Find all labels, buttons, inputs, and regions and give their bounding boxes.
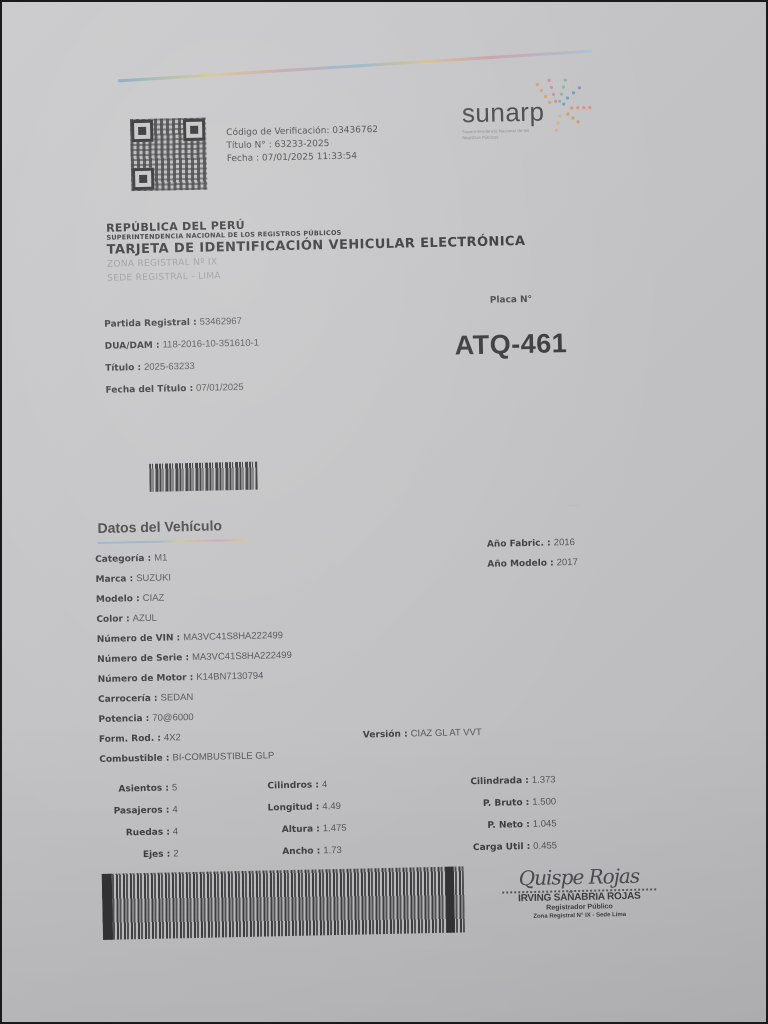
field-row: Combustible :BI-COMBUSTIBLE GLP xyxy=(99,749,294,773)
field-label: Form. Rod. : xyxy=(99,734,161,745)
registry-label: Fecha del Título : xyxy=(106,384,194,396)
pdf417-barcode xyxy=(102,866,465,940)
placa-number: ATQ-461 xyxy=(454,328,567,361)
field-label: Marca : xyxy=(95,574,133,585)
field-label: Número de VIN : xyxy=(97,633,181,645)
spec-label: Pasajeros : xyxy=(114,806,170,817)
spec-value: 4 xyxy=(322,778,350,793)
spec-value: 1.373 xyxy=(532,773,566,788)
registry-row: Fecha del Título :07/01/2025 xyxy=(105,381,260,406)
faint-watermark: ····· xyxy=(567,501,580,510)
field-value: 4X2 xyxy=(164,732,181,743)
registry-row: Título :2025-63233 xyxy=(105,359,260,384)
spec-row: Pasajeros :4 xyxy=(88,803,188,827)
titulo-label: Título N° : xyxy=(226,140,271,151)
spec-label: Longitud : xyxy=(268,802,320,813)
spec-label: Ruedas : xyxy=(126,828,170,839)
spec-value: 0.455 xyxy=(533,839,567,854)
verification-code-label: Código de Verificación: xyxy=(226,126,329,138)
signature-block: Quispe Rojas IRVING SAÑABRIA ROJAS Regis… xyxy=(494,862,665,921)
spec-row: Ancho :1.73 xyxy=(235,844,351,868)
spec-row: Altura :1.475 xyxy=(235,822,351,846)
field-label: Número de Motor : xyxy=(98,673,194,685)
anio-fabric-value: 2016 xyxy=(554,537,575,548)
spec-value: 4 xyxy=(172,803,188,817)
vehicle-id-card: Código de Verificación: 03436762 Título … xyxy=(2,2,766,1022)
specs-column-2: Cilindros :4 Longitud :4.49 Altura :1.47… xyxy=(234,778,352,868)
version-field: Versión :CIAZ GL AT VVT xyxy=(363,727,482,740)
spec-value: 1.500 xyxy=(532,795,566,810)
registry-value: 118-2016-10-351610-1 xyxy=(162,338,259,351)
version-value: CIAZ GL AT VVT xyxy=(411,727,482,739)
field-value: K14BN7130794 xyxy=(196,671,263,683)
registry-label: Partida Registral : xyxy=(104,318,197,330)
spec-label: Ejes : xyxy=(143,850,171,861)
field-row: Año Modelo :2017 xyxy=(487,556,578,578)
color-stripe xyxy=(118,50,592,83)
sunarp-logo: sunarp Superintendencia Nacional de los … xyxy=(462,97,545,142)
placa-label: Placa N° xyxy=(490,295,533,306)
spec-label: P. Bruto : xyxy=(483,798,530,809)
anio-fabric-label: Año Fabric. : xyxy=(487,538,551,549)
small-barcode xyxy=(149,462,258,492)
qr-finder xyxy=(131,120,153,142)
anio-modelo-label: Año Modelo : xyxy=(487,558,554,569)
spec-value: 2 xyxy=(173,847,189,861)
field-value: MA3VC41S8HA222499 xyxy=(192,650,292,663)
spec-row: Cilindros :4 xyxy=(234,778,350,802)
field-value: AZUL xyxy=(133,613,158,625)
registry-row: Partida Registral :53462967 xyxy=(104,315,259,340)
fecha-label: Fecha : xyxy=(227,154,259,165)
vehicle-fields: Categoría :M1 Marca :SUZUKI Modelo :CIAZ… xyxy=(95,549,294,773)
verification-block: Código de Verificación: 03436762 Título … xyxy=(226,124,379,166)
qr-finder xyxy=(183,119,205,141)
registry-info: Partida Registral :53462967 DUA/DAM :118… xyxy=(104,315,260,406)
fecha-value: 07/01/2025 11:33:54 xyxy=(262,151,357,163)
spec-label: Asientos : xyxy=(118,784,169,795)
spec-value: 1.045 xyxy=(533,817,567,832)
field-label: Número de Serie : xyxy=(97,653,189,665)
spec-label: P. Neto : xyxy=(487,820,530,831)
field-value: MA3VC41S8HA222499 xyxy=(183,630,283,643)
specs-column-3: Cilindrada :1.373 P. Bruto :1.500 P. Net… xyxy=(426,773,568,864)
year-fields: Año Fabric. :2016 Año Modelo :2017 xyxy=(487,536,578,578)
spec-row: Carga Util :0.455 xyxy=(427,839,567,864)
section-title: Datos del Vehículo xyxy=(97,517,222,536)
spec-row: Asientos :5 xyxy=(88,781,188,805)
spec-label: Cilindros : xyxy=(267,780,319,791)
specs-column-1: Asientos :5 Pasajeros :4 Ruedas :4 Ejes … xyxy=(88,781,190,871)
field-label: Combustible : xyxy=(99,754,169,765)
spec-row: Ejes :2 xyxy=(89,847,189,871)
field-label: Color : xyxy=(96,614,129,625)
spec-row: P. Neto :1.045 xyxy=(427,817,567,842)
registry-label: DUA/DAM : xyxy=(105,341,160,352)
version-label: Versión : xyxy=(363,730,408,741)
spec-label: Ancho : xyxy=(282,846,320,857)
spec-value: 4 xyxy=(173,825,189,839)
spec-row: Cilindrada :1.373 xyxy=(426,773,566,798)
qr-finder xyxy=(132,168,154,190)
field-value: 70@6000 xyxy=(152,712,194,724)
field-label: Categoría : xyxy=(95,554,151,565)
registry-row: DUA/DAM :118-2016-10-351610-1 xyxy=(105,337,260,362)
spec-row: P. Bruto :1.500 xyxy=(426,795,566,820)
sunburst-icon xyxy=(527,75,598,146)
spec-label: Carga Util : xyxy=(473,842,530,853)
spec-value: 1.475 xyxy=(323,822,351,837)
spec-label: Altura : xyxy=(282,824,320,835)
registry-value: 2025-63233 xyxy=(144,361,195,373)
verification-code: 03436762 xyxy=(332,125,378,136)
field-label: Carrocería : xyxy=(98,694,158,705)
titulo-number: 63233-2025 xyxy=(275,139,330,150)
spec-row: Ruedas :4 xyxy=(89,825,189,849)
field-value: CIAZ xyxy=(143,593,165,604)
spec-value: 1.73 xyxy=(323,844,351,859)
registry-value: 07/01/2025 xyxy=(196,382,244,394)
section-rule xyxy=(98,539,248,544)
spec-row: Longitud :4.49 xyxy=(234,800,350,824)
field-label: Potencia : xyxy=(98,714,149,725)
signature-scribble: Quispe Rojas xyxy=(494,862,665,892)
field-value: SUZUKI xyxy=(136,572,171,584)
field-value: SEDAN xyxy=(160,692,193,704)
registry-label: Título : xyxy=(105,363,141,374)
spec-value: 5 xyxy=(172,781,188,795)
anio-modelo-value: 2017 xyxy=(557,557,578,568)
field-row: Año Fabric. :2016 xyxy=(487,536,578,558)
field-label: Modelo : xyxy=(96,594,140,605)
title-block: REPÚBLICA DEL PERÚ SUPERINTENDENCIA NACI… xyxy=(106,213,526,286)
field-value: BI-COMBUSTIBLE GLP xyxy=(172,750,274,763)
registry-value: 53462967 xyxy=(200,316,243,328)
field-value: M1 xyxy=(154,553,167,564)
qr-code xyxy=(130,118,207,192)
spec-value: 4.49 xyxy=(322,800,350,815)
spec-label: Cilindrada : xyxy=(470,776,529,787)
document-photo: Código de Verificación: 03436762 Título … xyxy=(2,2,766,1022)
